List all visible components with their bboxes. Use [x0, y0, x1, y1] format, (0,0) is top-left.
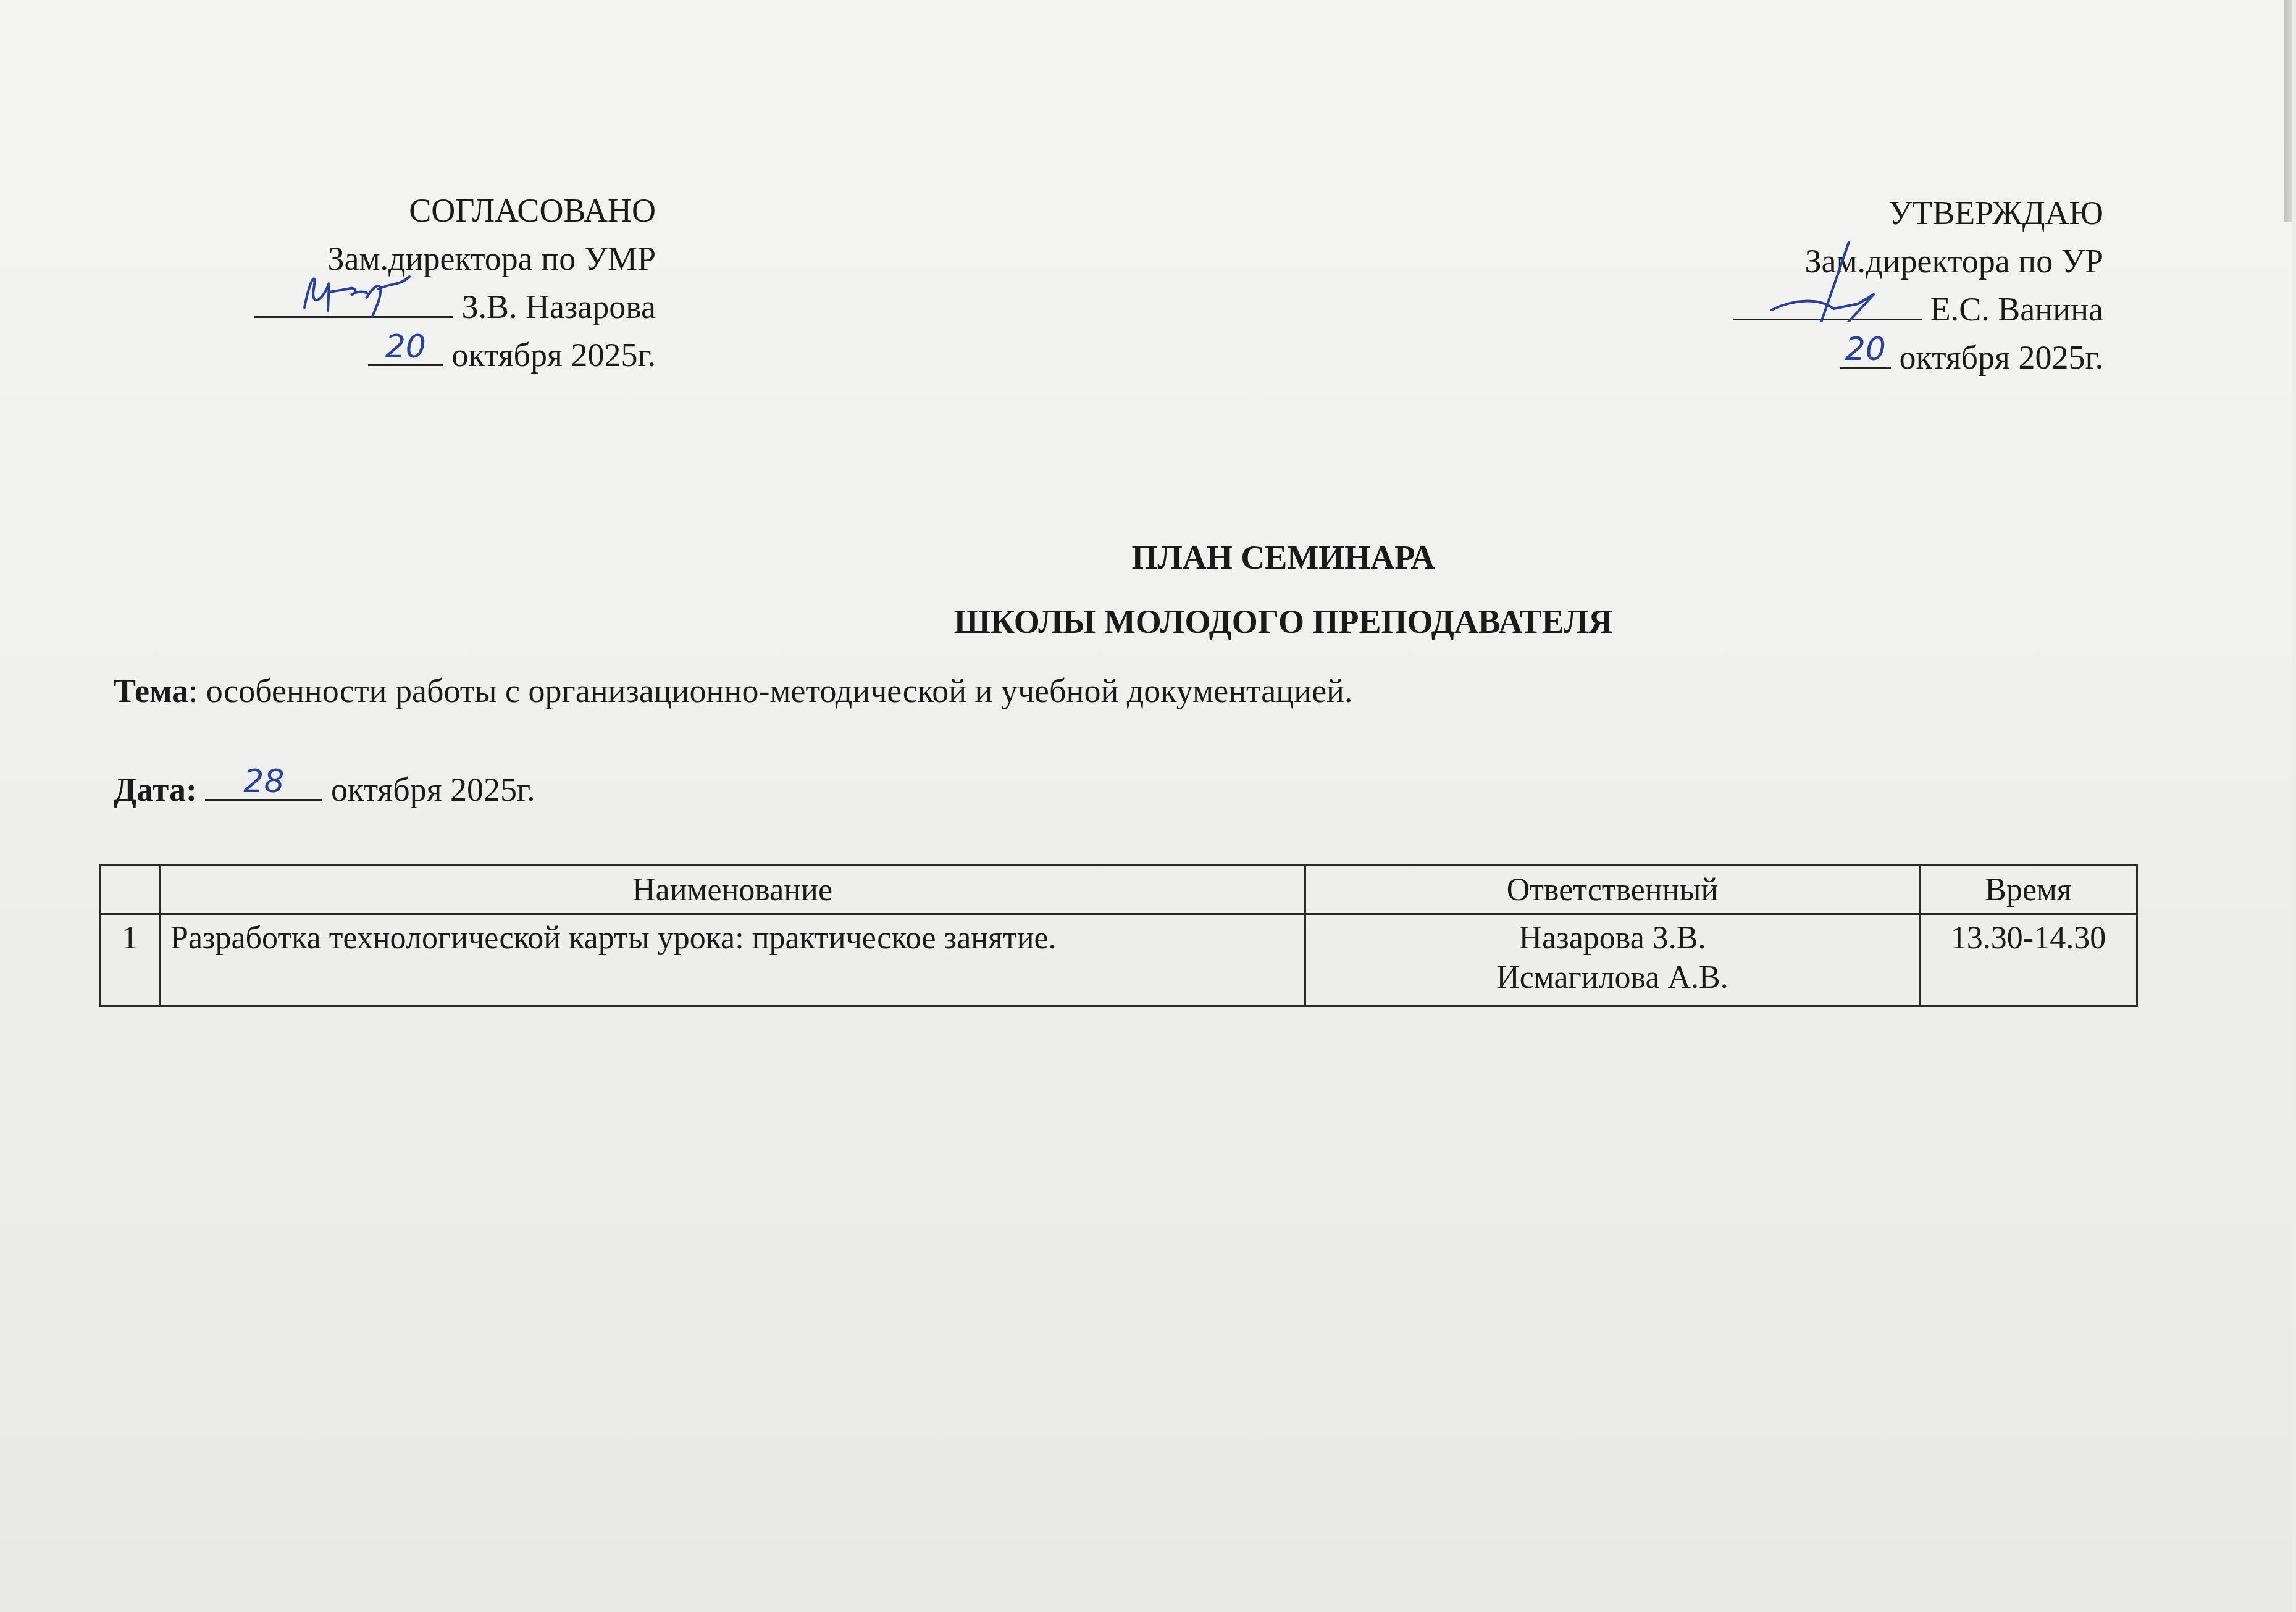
- approval-date: 20 октября 2025г.: [254, 331, 656, 379]
- approval-month-year: октября 2025г.: [451, 336, 656, 374]
- handwritten-signature-icon: [292, 264, 416, 320]
- approval-signature-line: Е.С. Ванина: [1733, 285, 2103, 333]
- approval-heading: СОГЛАСОВАНО: [254, 186, 656, 235]
- topic-text: : особенности работы с организационно-ме…: [188, 672, 1352, 709]
- signature-field: [1733, 286, 1922, 320]
- day-field: 20: [1840, 335, 1891, 369]
- handwritten-day: 20: [1845, 333, 1886, 365]
- date-label: Дата:: [114, 771, 197, 808]
- signatory-name: Е.С. Ванина: [1930, 291, 2103, 328]
- header-responsible: Ответственный: [1305, 866, 1920, 914]
- header-name: Наименование: [160, 866, 1305, 914]
- approval-month-year: октября 2025г.: [1899, 339, 2103, 376]
- document-page: СОГЛАСОВАНО Зам.директора по УМР З.В. На…: [0, 0, 2292, 1612]
- table-header-row: Наименование Ответственный Время: [100, 866, 2137, 914]
- responsible-person: Исмагилова А.В.: [1316, 958, 1909, 998]
- document-title: ПЛАН СЕМИНАРА: [0, 538, 2296, 577]
- seminar-plan-table: Наименование Ответственный Время 1 Разра…: [99, 864, 2138, 1007]
- row-name: Разработка технологической карты урока: …: [160, 914, 1305, 1006]
- handwritten-signature-icon: [1766, 230, 1889, 322]
- row-number: 1: [100, 914, 160, 1006]
- header-number: [100, 866, 160, 914]
- date-month-year: октября 2025г.: [331, 771, 535, 808]
- signature-field: [254, 284, 453, 318]
- page-edge-shadow: [2284, 0, 2292, 222]
- day-field: 20: [368, 332, 443, 366]
- signatory-name: З.В. Назарова: [461, 288, 656, 325]
- handwritten-day: 20: [385, 331, 426, 363]
- approval-date: 20 октября 2025г.: [1733, 333, 2103, 382]
- topic-line: Тема: особенности работы с организационн…: [114, 672, 1353, 710]
- row-time: 13.30-14.30: [1920, 914, 2137, 1006]
- document-subtitle: ШКОЛЫ МОЛОДОГО ПРЕПОДАВАТЕЛЯ: [0, 603, 2296, 641]
- date-line: Дата: 28 октября 2025г.: [114, 767, 535, 809]
- approval-signature-line: З.В. Назарова: [254, 283, 656, 331]
- row-responsible: Назарова З.В. Исмагилова А.В.: [1305, 914, 1920, 1006]
- header-time: Время: [1920, 866, 2137, 914]
- date-day-field: 28: [205, 767, 322, 801]
- approval-block-agreed: СОГЛАСОВАНО Зам.директора по УМР З.В. На…: [254, 186, 656, 379]
- topic-label: Тема: [114, 672, 188, 709]
- responsible-person: Назарова З.В.: [1316, 919, 1909, 958]
- table-row: 1 Разработка технологической карты урока…: [100, 914, 2137, 1006]
- handwritten-day: 28: [243, 766, 284, 798]
- approval-block-approved: УТВЕРЖДАЮ Зам.директора по УР Е.С. Ванин…: [1733, 189, 2103, 382]
